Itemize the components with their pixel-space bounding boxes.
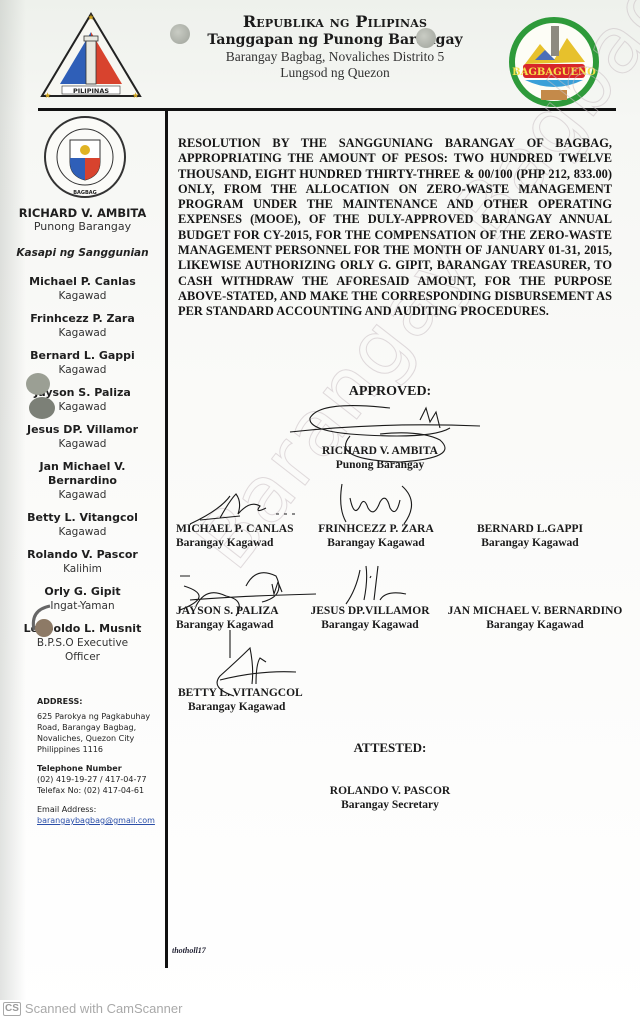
approver-title: Punong Barangay: [300, 458, 460, 472]
quezon-city-logo-icon: PILIPINAS ★ ★ ★: [38, 10, 144, 100]
barangay-seal-icon: BAGBAG: [42, 114, 128, 200]
signatory-block: BERNARD L.GAPPI Barangay Kagawad: [470, 522, 590, 550]
approver-name: RICHARD V. AMBITA: [300, 444, 460, 458]
camscanner-footer: CS Scanned with CamScanner: [3, 1001, 182, 1016]
council-member: Jesus DP. Villamor Kagawad: [0, 423, 165, 451]
council-member: Leopoldo L. Musnit B.P.S.O Executive Off…: [0, 622, 165, 664]
signatory-block: MICHAEL P. CANLAS Barangay Kagawad: [176, 522, 306, 550]
binder-clip-icon: [22, 370, 58, 422]
email-link[interactable]: barangaybagbag@gmail.com: [37, 815, 162, 826]
svg-text:BAGBAGUENO: BAGBAGUENO: [512, 67, 596, 78]
letterhead-republic: Republika ng Pilipinas: [190, 12, 480, 31]
council-member: Betty L. Vitangcol Kagawad: [0, 511, 165, 539]
document-page: PILIPINAS ★ ★ ★ Republika ng Pilipinas T…: [0, 0, 640, 1024]
camscanner-logo-icon: CS: [3, 1002, 21, 1016]
letterhead-barangay: Barangay Bagbag, Novaliches Distrito 5: [190, 49, 480, 65]
binder-clip-icon: [26, 600, 56, 640]
resolution-text: Resolution by the Sangguniang Barangay o…: [178, 136, 612, 320]
attester-title: Barangay Secretary: [310, 798, 470, 812]
attester-block: ROLANDO V. PASCOR Barangay Secretary: [310, 784, 470, 812]
captain-role: Punong Barangay: [0, 220, 165, 233]
signature-villamor: [336, 560, 416, 610]
bagbagueno-logo-icon: BAGBAGUENO: [505, 16, 603, 108]
svg-text:PILIPINAS: PILIPINAS: [73, 87, 109, 95]
signatory-block: FRINHCEZZ P. ZARA Barangay Kagawad: [316, 522, 436, 550]
svg-text:★: ★: [87, 13, 94, 22]
council-member: Rolando V. Pascor Kalihim: [0, 548, 165, 576]
sidebar: RICHARD V. AMBITA Punong Barangay Kasapi…: [0, 200, 165, 664]
contact-info: ADDRESS: 625 Parokya ng Pagkabuhay Road,…: [37, 696, 162, 826]
signature-zara: [320, 478, 430, 528]
approved-label: APPROVED:: [330, 384, 450, 400]
telefax-number: Telefax No: (02) 417-04-61: [37, 785, 162, 796]
letterhead: Republika ng Pilipinas Tanggapan ng Puno…: [190, 12, 480, 81]
signatory-block: JAYSON S. PALIZA Barangay Kagawad: [176, 604, 296, 632]
council-member: Jan Michael V. Bernardino Kagawad: [0, 460, 165, 502]
approver-block: RICHARD V. AMBITA Punong Barangay: [300, 444, 460, 472]
svg-text:BAGBAG: BAGBAG: [73, 190, 97, 196]
typist-initials: thotholl17: [172, 946, 206, 955]
attested-label: ATTESTED:: [330, 740, 450, 756]
signatory-block: JAN MICHAEL V. BERNARDINO Barangay Kagaw…: [440, 604, 630, 632]
council-heading: Kasapi ng Sanggunian: [0, 247, 165, 259]
email-heading: Email Address:: [37, 804, 162, 815]
sidebar-divider: [165, 108, 168, 968]
council-member: Michael P. Canlas Kagawad: [0, 275, 165, 303]
signatory-block: BETTY L. VITANGCOL Barangay Kagawad: [178, 686, 308, 714]
svg-text:★: ★: [132, 91, 139, 100]
letterhead-office: Tanggapan ng Punong Barangay: [190, 32, 480, 48]
address-heading: ADDRESS:: [37, 696, 162, 707]
council-member: Frinhcezz P. Zara Kagawad: [0, 312, 165, 340]
phone-heading: Telephone Number: [37, 763, 162, 774]
signatory-block: JESUS DP.VILLAMOR Barangay Kagawad: [308, 604, 432, 632]
phone-number: (02) 419-19-27 / 417-04-77: [37, 774, 162, 785]
council-member: Orly G. Gipit Ingat-Yaman: [0, 585, 165, 613]
letterhead-city: Lungsod ng Quezon: [190, 65, 480, 81]
header-divider: [38, 108, 616, 111]
attester-name: ROLANDO V. PASCOR: [310, 784, 470, 798]
captain-name: RICHARD V. AMBITA: [0, 206, 165, 220]
punch-hole: [170, 24, 190, 44]
svg-text:★: ★: [44, 91, 51, 100]
address-text: 625 Parokya ng Pagkabuhay Road, Barangay…: [37, 711, 162, 755]
punch-hole: [416, 28, 436, 48]
camscanner-text: Scanned with CamScanner: [25, 1001, 183, 1016]
